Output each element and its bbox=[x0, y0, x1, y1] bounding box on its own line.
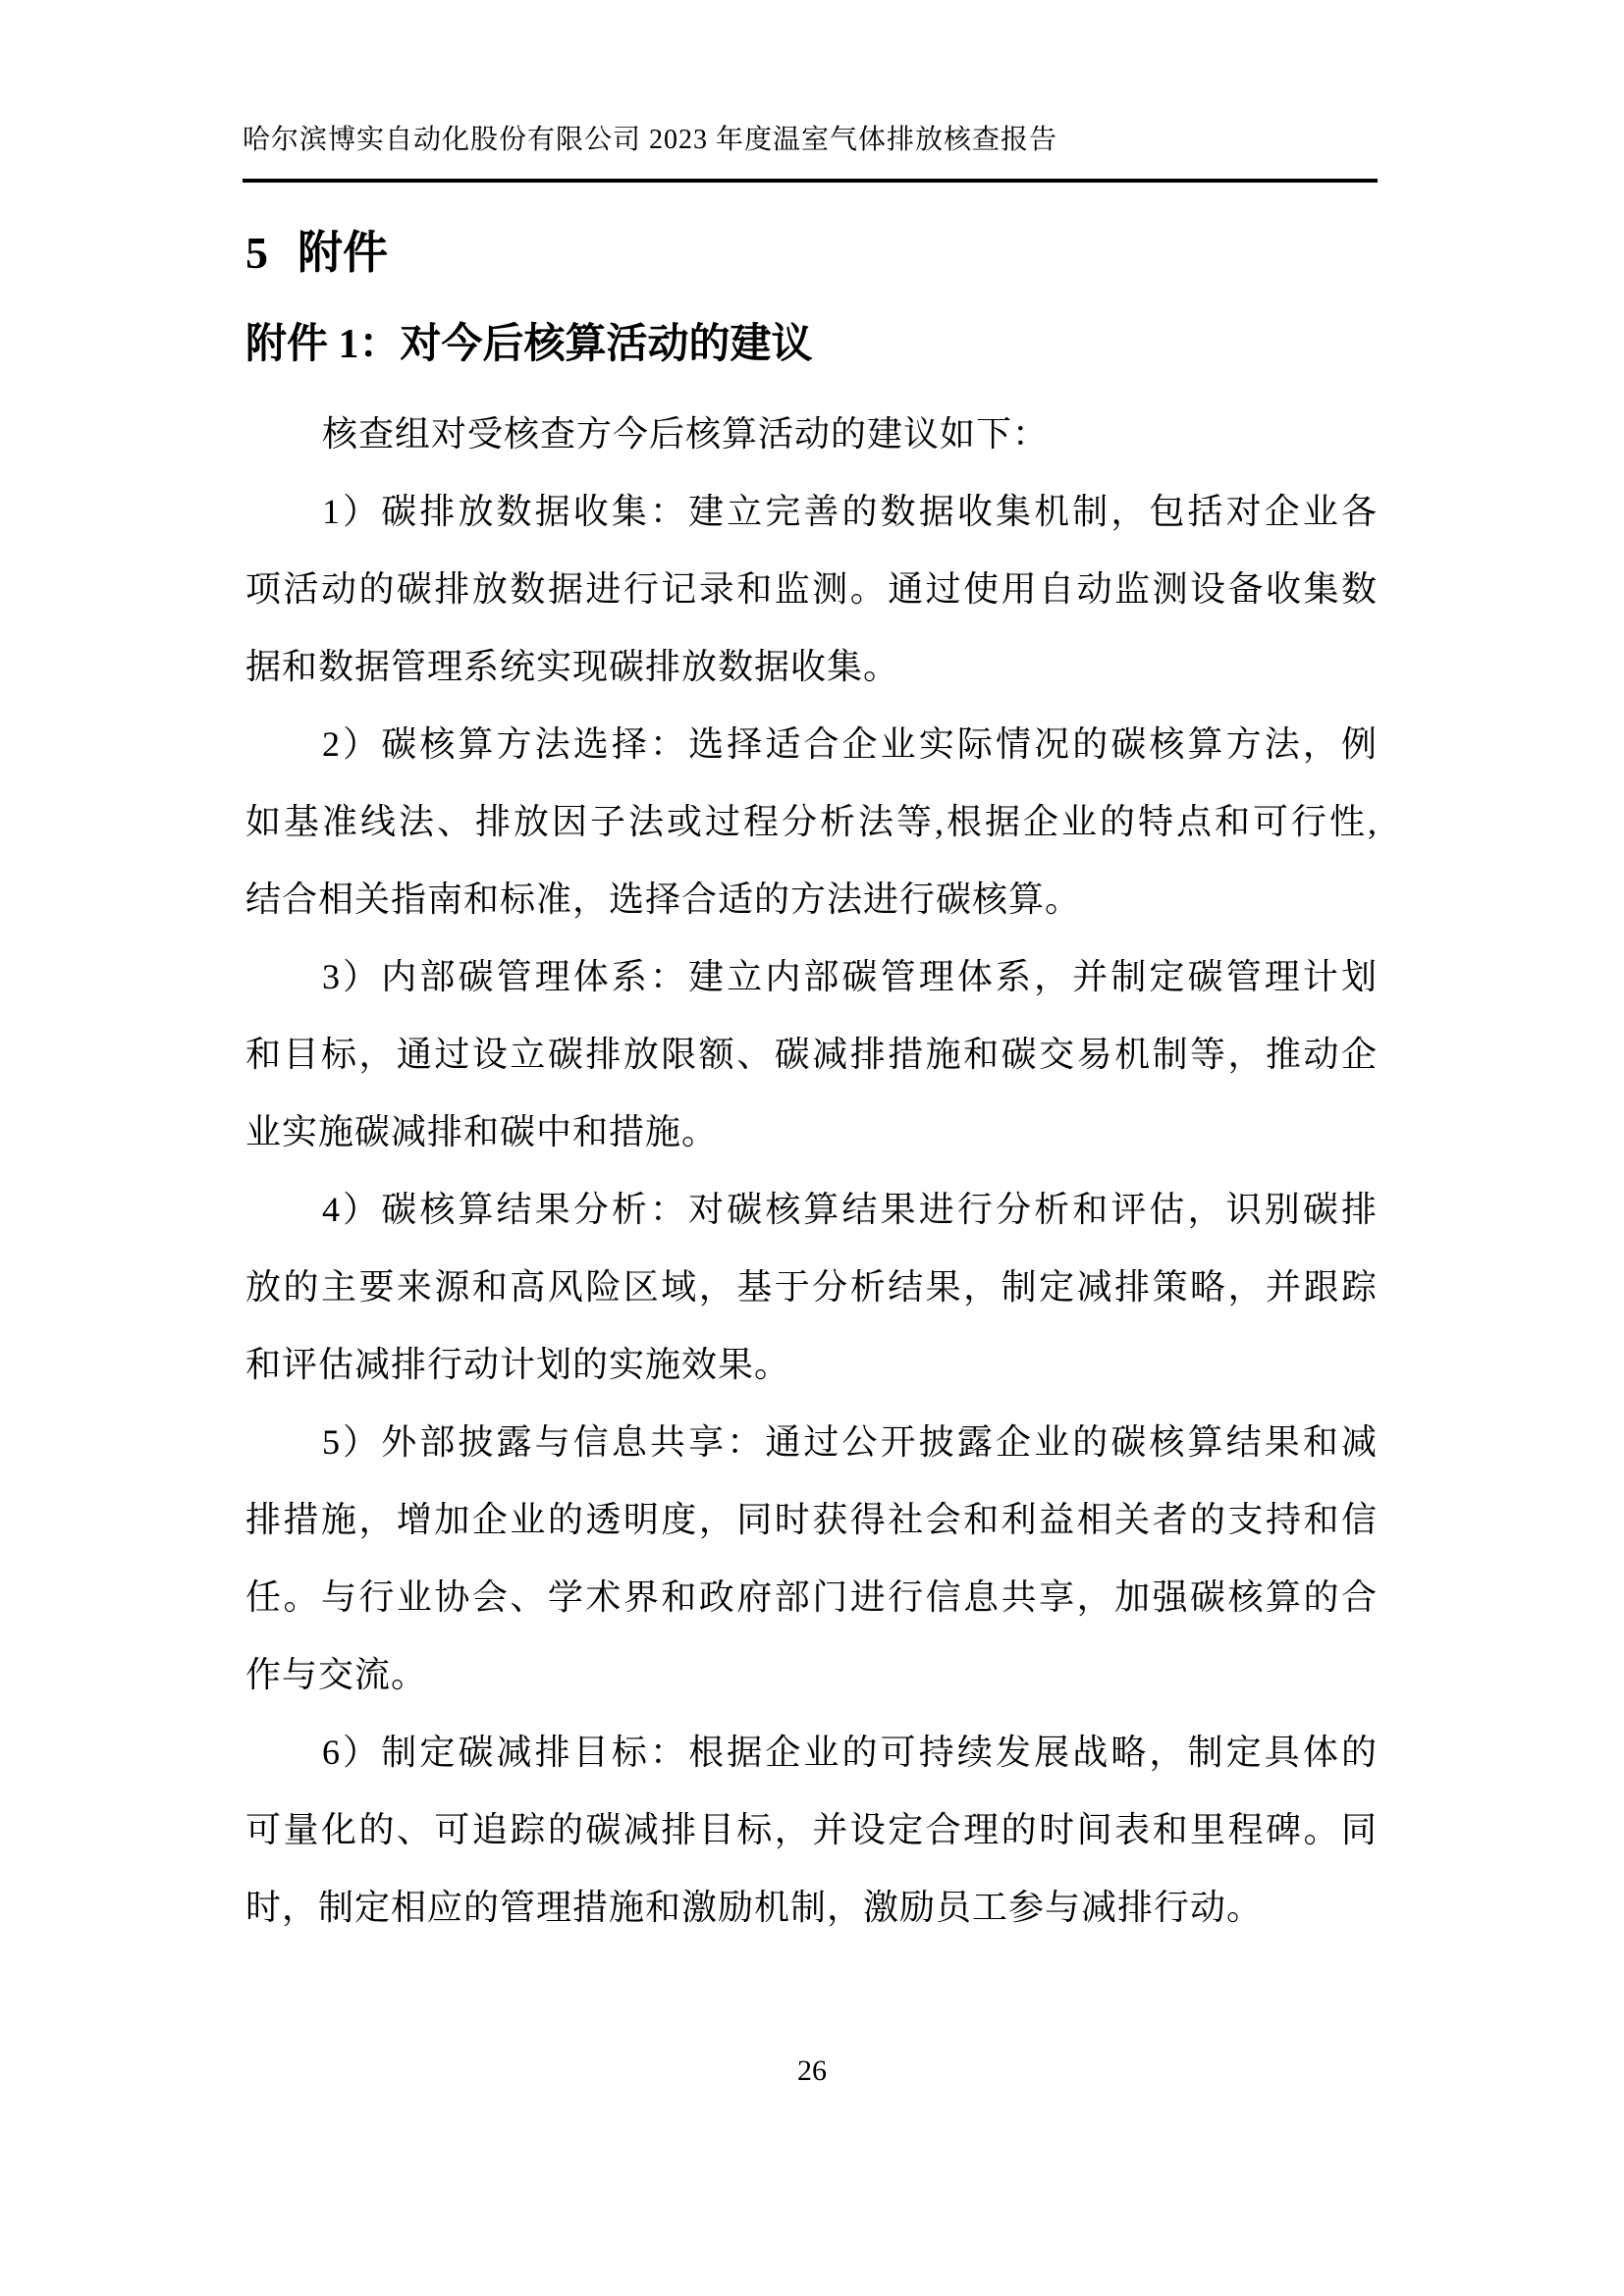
body-line: 如基准线法、排放因子法或过程分析法等,根据企业的特点和可行性, bbox=[245, 783, 1378, 861]
body-line: 作与交流。 bbox=[245, 1636, 1378, 1714]
body-line: 结合相关指南和标准，选择合适的方法进行碳核算。 bbox=[245, 861, 1378, 938]
body-line: 据和数据管理系统实现碳排放数据收集。 bbox=[245, 628, 1378, 706]
body-line: 6）制定碳减排目标：根据企业的可持续发展战略，制定具体的 bbox=[245, 1714, 1378, 1791]
section-title: 附件 bbox=[298, 228, 388, 278]
page-header: 哈尔滨博实自动化股份有限公司 2023 年度温室气体排放核查报告 bbox=[243, 120, 1378, 183]
document-page: 哈尔滨博实自动化股份有限公司 2023 年度温室气体排放核查报告 5附件 附件 … bbox=[0, 0, 1624, 2296]
body-line: 和目标，通过设立碳排放限额、碳减排措施和碳交易机制等，推动企 bbox=[245, 1016, 1378, 1094]
body-line: 2）碳核算方法选择：选择适合企业实际情况的碳核算方法，例 bbox=[245, 706, 1378, 783]
body-line: 放的主要来源和高风险区域，基于分析结果，制定减排策略，并跟踪 bbox=[245, 1249, 1378, 1326]
body-line: 3）内部碳管理体系：建立内部碳管理体系，并制定碳管理计划 bbox=[245, 938, 1378, 1016]
document-body: 核查组对受核查方今后核算活动的建议如下：1）碳排放数据收集：建立完善的数据收集机… bbox=[245, 396, 1378, 1947]
body-line: 业实施碳减排和碳中和措施。 bbox=[245, 1094, 1378, 1171]
body-line: 4）碳核算结果分析：对碳核算结果进行分析和评估，识别碳排 bbox=[245, 1171, 1378, 1249]
body-line: 任。与行业协会、学术界和政府部门进行信息共享，加强碳核算的合 bbox=[245, 1559, 1378, 1636]
body-line: 排措施，增加企业的透明度，同时获得社会和利益相关者的支持和信 bbox=[245, 1481, 1378, 1559]
page-number: 26 bbox=[0, 2052, 1624, 2091]
subsection-heading: 附件 1：对今后核算活动的建议 bbox=[245, 322, 813, 367]
header-title: 哈尔滨博实自动化股份有限公司 2023 年度温室气体排放核查报告 bbox=[243, 125, 1057, 155]
body-line: 项活动的碳排放数据进行记录和监测。通过使用自动监测设备收集数 bbox=[245, 551, 1378, 628]
body-line: 时，制定相应的管理措施和激励机制，激励员工参与减排行动。 bbox=[245, 1869, 1378, 1947]
section-number: 5 bbox=[245, 228, 268, 278]
body-line: 1）碳排放数据收集：建立完善的数据收集机制，包括对企业各 bbox=[245, 473, 1378, 551]
body-line: 核查组对受核查方今后核算活动的建议如下： bbox=[245, 396, 1378, 473]
body-line: 可量化的、可追踪的碳减排目标，并设定合理的时间表和里程碑。同 bbox=[245, 1791, 1378, 1869]
section-heading: 5附件 bbox=[245, 229, 388, 279]
body-line: 5）外部披露与信息共享：通过公开披露企业的碳核算结果和减 bbox=[245, 1404, 1378, 1481]
body-line: 和评估减排行动计划的实施效果。 bbox=[245, 1326, 1378, 1404]
